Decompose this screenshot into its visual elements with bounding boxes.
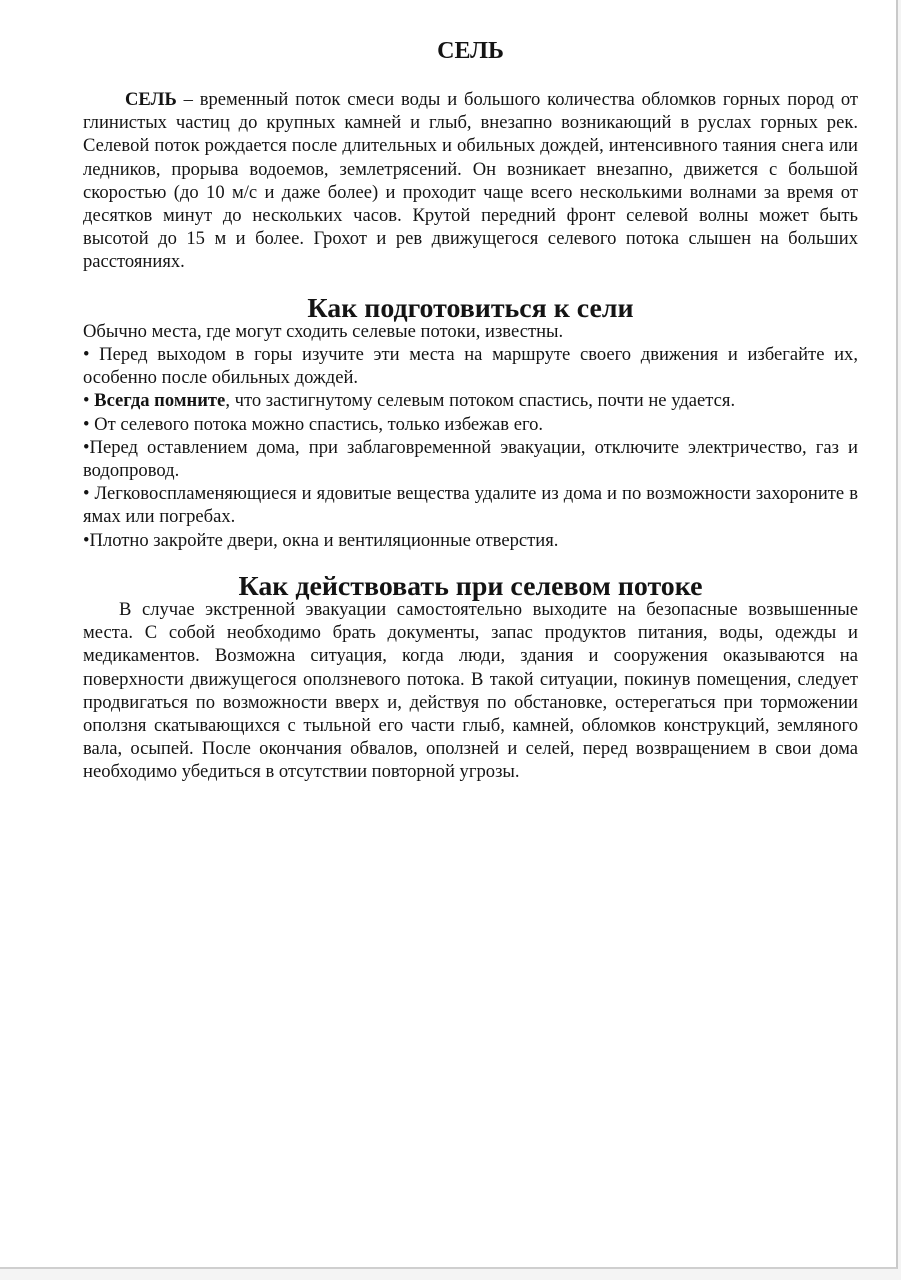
prepare-lead: Обычно места, где могут сходить селевые …: [83, 320, 858, 343]
document-title: СЕЛЬ: [83, 36, 858, 66]
prepare-item-text: Легковоспламеняющиеся и ядовитые веществ…: [83, 483, 858, 527]
prepare-item-text: Плотно закройте двери, окна и вентиляцио…: [90, 530, 559, 551]
prepare-item-text: Перед оставлением дома, при заблаговреме…: [83, 437, 858, 481]
bullet-icon: •: [83, 483, 95, 504]
intro-paragraph: СЕЛЬ – временный поток смеси воды и боль…: [83, 88, 858, 274]
prepare-item: • Перед выходом в горы изучите эти места…: [83, 343, 858, 389]
bullet-icon: •: [83, 344, 99, 365]
prepare-item-bold: Всегда помните: [94, 390, 225, 411]
document-content: СЕЛЬ СЕЛЬ – временный поток смеси воды и…: [83, 36, 858, 784]
prepare-item-text: Перед выходом в горы изучите эти места н…: [83, 344, 858, 388]
action-paragraph: В случае экстренной эвакуации самостояте…: [83, 598, 858, 784]
bullet-icon: •: [83, 390, 94, 411]
action-heading: Как действовать при селевом потоке: [83, 575, 858, 598]
prepare-item: • Всегда помните, что застигнутому селев…: [83, 389, 858, 412]
bullet-icon: •: [83, 414, 94, 435]
prepare-item: • От селевого потока можно спастись, тол…: [83, 413, 858, 436]
prepare-item-text: От селевого потока можно спастись, тольк…: [94, 414, 543, 435]
prepare-item: •Перед оставлением дома, при заблаговрем…: [83, 436, 858, 482]
prepare-item: • Легковоспламеняющиеся и ядовитые вещес…: [83, 482, 858, 528]
prepare-item: •Плотно закройте двери, окна и вентиляци…: [83, 529, 858, 552]
intro-term: СЕЛЬ: [125, 89, 177, 110]
intro-text: – временный поток смеси воды и большого …: [83, 89, 858, 272]
document-page: СЕЛЬ СЕЛЬ – временный поток смеси воды и…: [0, 0, 898, 1269]
prepare-item-text: , что застигнутому селевым потоком спаст…: [225, 390, 735, 411]
prepare-heading: Как подготовиться к сели: [83, 297, 858, 320]
